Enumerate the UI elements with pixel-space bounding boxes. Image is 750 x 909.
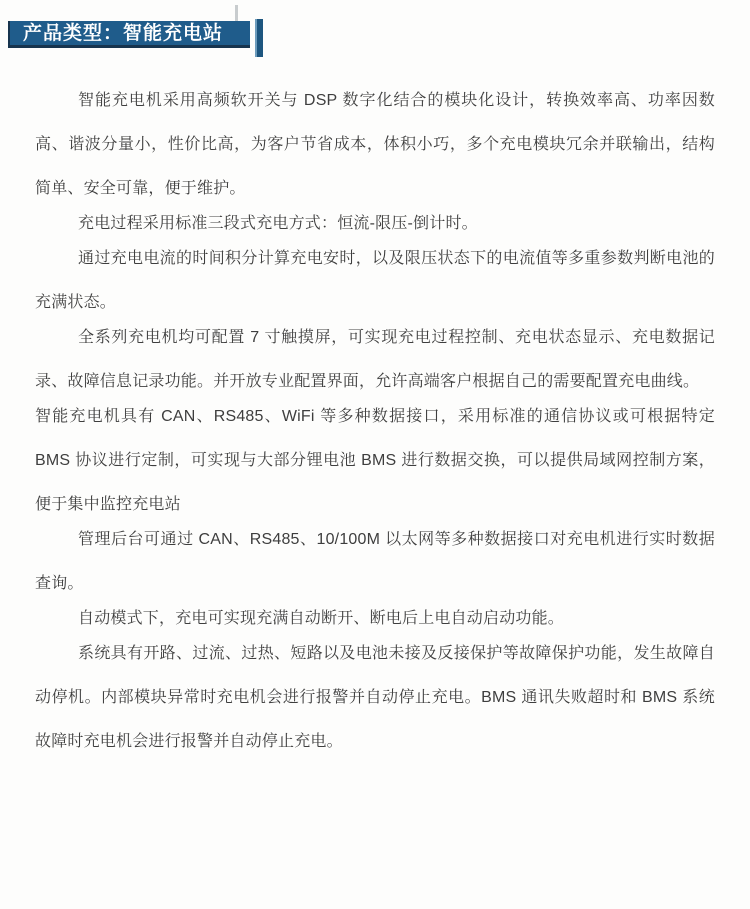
paragraph: 管理后台可通过 CAN、RS485、10/100M 以太网等多种数据接口对充电机…: [35, 518, 715, 606]
scan-artifact-tick: [235, 5, 238, 21]
paragraph: 智能充电机采用高频软开关与 DSP 数字化结合的模块化设计，转换效率高、功率因数…: [35, 79, 715, 211]
document-page: { "page": { "background_color": "#fdfdfc…: [0, 0, 750, 909]
paragraph: 系统具有开路、过流、过热、短路以及电池未接及反接保护等故障保护功能，发生故障自动…: [35, 632, 715, 764]
document-body: 智能充电机采用高频软开关与 DSP 数字化结合的模块化设计，转换效率高、功率因数…: [35, 79, 715, 764]
banner-accent-bar: [255, 19, 263, 57]
paragraph: 通过充电电流的时间积分计算充电安时，以及限压状态下的电流值等多重参数判断电池的充…: [35, 237, 715, 325]
header: 产品类型：智能充电站: [8, 21, 263, 57]
product-type-banner: 产品类型：智能充电站: [8, 21, 250, 48]
paragraph: 智能充电机具有 CAN、RS485、WiFi 等多种数据接口，采用标准的通信协议…: [35, 395, 715, 527]
product-type-title: 产品类型：智能充电站: [23, 23, 223, 44]
paragraph: 全系列充电机均可配置 7 寸触摸屏，可实现充电过程控制、充电状态显示、充电数据记…: [35, 316, 715, 404]
